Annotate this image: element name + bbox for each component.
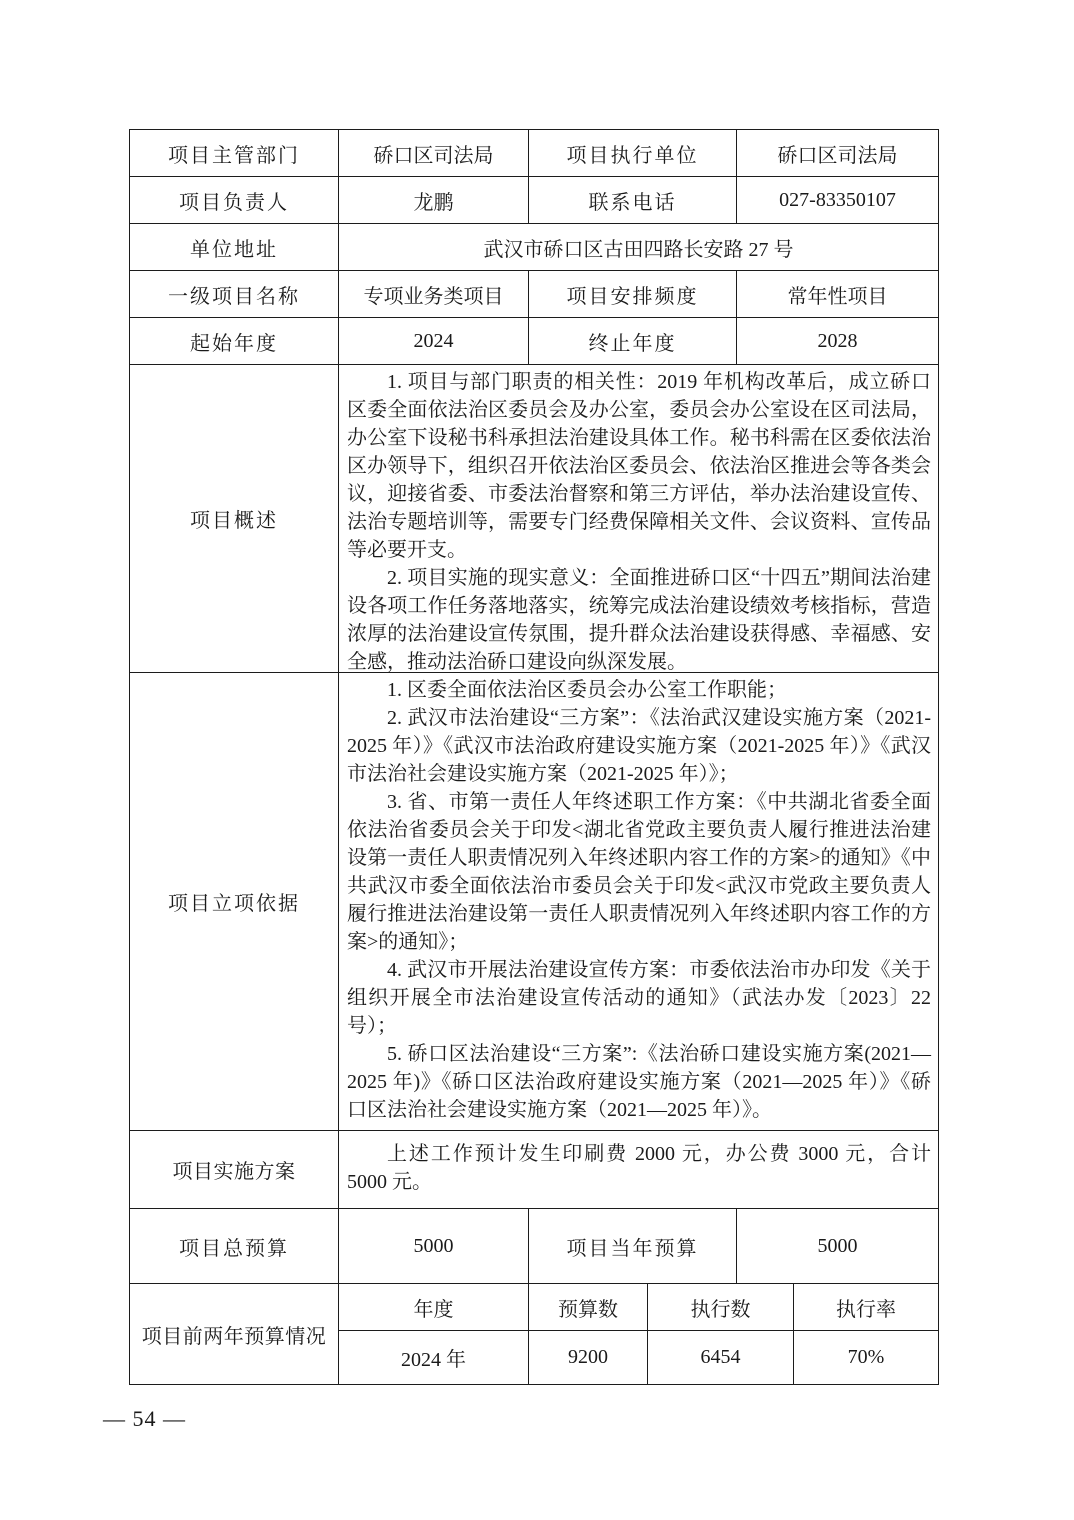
total-budget-label: 项目总预算 — [130, 1209, 339, 1283]
project-budget-table: 项目主管部门 硚口区司法局 项目执行单位 硚口区司法局 项目负责人 龙鹏 联系电… — [129, 129, 939, 1385]
table-row: 项目主管部门 硚口区司法局 项目执行单位 硚口区司法局 — [130, 130, 938, 177]
table-row: 项目实施方案 上述工作预计发生印刷费 2000 元，办公费 3000 元，合计 … — [130, 1131, 938, 1209]
current-year-budget-value: 5000 — [737, 1209, 938, 1283]
arrangement-frequency-value: 常年性项目 — [737, 271, 938, 317]
basis-paragraph: 1. 区委全面依法治区委员会办公室工作职能； — [347, 676, 931, 704]
history-rate-value: 70% — [794, 1331, 938, 1384]
contact-phone-label: 联系电话 — [529, 177, 737, 223]
basis-paragraph: 5. 硚口区法治建设“三方案”:《法治硚口建设实施方案(2021—2025 年)… — [347, 1040, 931, 1124]
project-leader-label: 项目负责人 — [130, 177, 339, 223]
unit-address-value: 武汉市硚口区古田四路长安路 27 号 — [339, 224, 938, 270]
level1-project-name-value: 专项业务类项目 — [339, 271, 529, 317]
budget-history-label: 项目前两年预算情况 — [130, 1284, 339, 1384]
supervisor-dept-label: 项目主管部门 — [130, 130, 339, 176]
start-year-label: 起始年度 — [130, 318, 339, 364]
budget-history-data-row: 2024 年 9200 6454 70% — [339, 1331, 938, 1384]
document-page: 项目主管部门 硚口区司法局 项目执行单位 硚口区司法局 项目负责人 龙鹏 联系电… — [0, 0, 1074, 1520]
table-row: 起始年度 2024 终止年度 2028 — [130, 318, 938, 365]
implementation-plan-label: 项目实施方案 — [130, 1131, 339, 1208]
table-row: 项目立项依据 1. 区委全面依法治区委员会办公室工作职能； 2. 武汉市法治建设… — [130, 673, 938, 1131]
basis-paragraph: 3. 省、市第一责任人年终述职工作方案：《中共湖北省委全面依法治省委员会关于印发… — [347, 788, 931, 956]
end-year-value: 2028 — [737, 318, 938, 364]
unit-address-label: 单位地址 — [130, 224, 339, 270]
table-row: 项目负责人 龙鹏 联系电话 027-83350107 — [130, 177, 938, 224]
project-overview-text: 1. 项目与部门职责的相关性：2019 年机构改革后，成立硚口区委全面依法治区委… — [339, 365, 938, 672]
basis-paragraph: 2. 武汉市法治建设“三方案”：《法治武汉建设实施方案（2021-2025 年）… — [347, 704, 931, 788]
history-executed-value: 6454 — [648, 1331, 794, 1384]
end-year-label: 终止年度 — [529, 318, 737, 364]
total-budget-value: 5000 — [339, 1209, 529, 1283]
contact-phone-value: 027-83350107 — [737, 177, 938, 223]
arrangement-frequency-label: 项目安排频度 — [529, 271, 737, 317]
executing-unit-label: 项目执行单位 — [529, 130, 737, 176]
history-executed-header: 执行数 — [648, 1284, 794, 1330]
project-basis-label: 项目立项依据 — [130, 673, 339, 1130]
history-budget-header: 预算数 — [529, 1284, 648, 1330]
implementation-plan-text: 上述工作预计发生印刷费 2000 元，办公费 3000 元，合计 5000 元。 — [339, 1131, 938, 1208]
current-year-budget-label: 项目当年预算 — [529, 1209, 737, 1283]
table-row: 项目概述 1. 项目与部门职责的相关性：2019 年机构改革后，成立硚口区委全面… — [130, 365, 938, 673]
project-overview-label: 项目概述 — [130, 365, 339, 672]
project-basis-text: 1. 区委全面依法治区委员会办公室工作职能； 2. 武汉市法治建设“三方案”：《… — [339, 673, 938, 1130]
history-budget-value: 9200 — [529, 1331, 648, 1384]
table-row: 项目前两年预算情况 年度 预算数 执行数 执行率 2024 年 9200 645… — [130, 1284, 938, 1384]
table-row: 单位地址 武汉市硚口区古田四路长安路 27 号 — [130, 224, 938, 271]
history-year-header: 年度 — [339, 1284, 529, 1330]
budget-history-header-row: 年度 预算数 执行数 执行率 — [339, 1284, 938, 1331]
page-number: — 54 — — [103, 1406, 186, 1432]
start-year-value: 2024 — [339, 318, 529, 364]
history-rate-header: 执行率 — [794, 1284, 938, 1330]
supervisor-dept-value: 硚口区司法局 — [339, 130, 529, 176]
table-row: 项目总预算 5000 项目当年预算 5000 — [130, 1209, 938, 1284]
overview-paragraph: 2. 项目实施的现实意义：全面推进硚口区“十四五”期间法治建设各项工作任务落地落… — [347, 564, 931, 672]
level1-project-name-label: 一级项目名称 — [130, 271, 339, 317]
budget-history-subtable: 年度 预算数 执行数 执行率 2024 年 9200 6454 70% — [339, 1284, 938, 1384]
overview-paragraph: 1. 项目与部门职责的相关性：2019 年机构改革后，成立硚口区委全面依法治区委… — [347, 368, 931, 564]
executing-unit-value: 硚口区司法局 — [737, 130, 938, 176]
project-leader-value: 龙鹏 — [339, 177, 529, 223]
basis-paragraph: 4. 武汉市开展法治建设宣传方案：市委依法治市办印发《关于组织开展全市法治建设宣… — [347, 956, 931, 1040]
table-row: 一级项目名称 专项业务类项目 项目安排频度 常年性项目 — [130, 271, 938, 318]
history-year-value: 2024 年 — [339, 1331, 529, 1384]
plan-paragraph: 上述工作预计发生印刷费 2000 元，办公费 3000 元，合计 5000 元。 — [347, 1140, 931, 1196]
